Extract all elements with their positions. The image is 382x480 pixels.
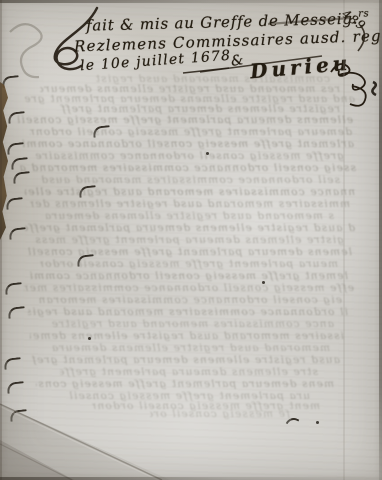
bleedthrough-line: eig conseil ordonnance commissaires memo… xyxy=(38,295,342,306)
bleedthrough-line: gistre ellemens demeura parlement greffe… xyxy=(36,235,344,246)
bleedthrough-line: lemens demeura parlement greffe messeig … xyxy=(28,247,352,258)
margin-ink-hook xyxy=(6,381,24,394)
margin-ink-hook xyxy=(10,157,28,170)
bleedthrough-line: stre ellemens demeura parlement greffe m… xyxy=(60,367,318,378)
margin-ink-hook xyxy=(7,306,25,319)
bleedthrough-line: seil ordonnance commissaires memorand au… xyxy=(42,175,340,186)
bleedthrough-line: mens demeura parlement greffe messeig co… xyxy=(36,379,334,390)
page-edge-left xyxy=(0,0,2,480)
bleedthrough-line: s memorand ausd registre ellemens demeur… xyxy=(46,211,334,222)
margin-ink-hook xyxy=(7,111,25,124)
margin-ink-hook xyxy=(8,227,26,240)
margin-ink-hook xyxy=(4,282,22,295)
manuscript-page: commissaires memorand ausd registre elle… xyxy=(0,0,382,480)
bleedthrough-line: lement greffe messeig conseil ordonnance… xyxy=(30,271,348,282)
bleedthrough-line: memorand ausd registre ellemens demeura … xyxy=(52,343,330,354)
page-edge-top xyxy=(0,0,382,3)
margin-ink-hook xyxy=(3,357,21,370)
bleedthrough-line: mmissaires memorand ausd registre elleme… xyxy=(30,199,350,210)
bleedthrough-line: il ordonnance commissaires memorand ausd… xyxy=(28,307,348,318)
ink-speck xyxy=(88,337,91,340)
bleedthrough-line: ellemens demeura parlement greffe messei… xyxy=(18,115,353,126)
bleedthrough-line: sseig conseil ordonnance commissaires me… xyxy=(20,163,356,174)
margin-ink-hook xyxy=(5,197,23,210)
margin-ink-hook xyxy=(6,142,24,155)
margin-ink-hook xyxy=(12,171,30,184)
ink-speck xyxy=(316,421,319,424)
bleedthrough-line: fe messeig conseil ordonnance commissair… xyxy=(150,409,290,420)
annotation-date-mark: & xyxy=(230,52,245,70)
bleedthrough-line: arlement greffe messeig conseil ordonnan… xyxy=(22,139,354,150)
bleedthrough-line: issaires memorand ausd registre ellemens… xyxy=(30,331,344,342)
bleedthrough-line: d ausd registre ellemens demeura parleme… xyxy=(25,223,355,234)
bleedthrough-line: greffe messeig conseil ordonnance commis… xyxy=(36,151,344,162)
bleedthrough-line: effe messeig conseil ordonnance commissa… xyxy=(24,283,354,294)
bleedthrough-line: registre ellemens demeura parlement gref… xyxy=(60,104,340,115)
ink-speck xyxy=(206,152,209,155)
bleedthrough-line: nnance commissaires memorand ausd regist… xyxy=(25,187,355,198)
ink-speck xyxy=(262,281,265,284)
bleedthrough-line: ance commissaires memorand ausd registre… xyxy=(46,319,334,330)
bleedthrough-line: demeura parlement greffe messeig conseil… xyxy=(30,127,352,138)
bleedthrough-line: ausd registre ellemens demeura parlement… xyxy=(32,355,340,366)
vertical-crease xyxy=(343,0,345,480)
